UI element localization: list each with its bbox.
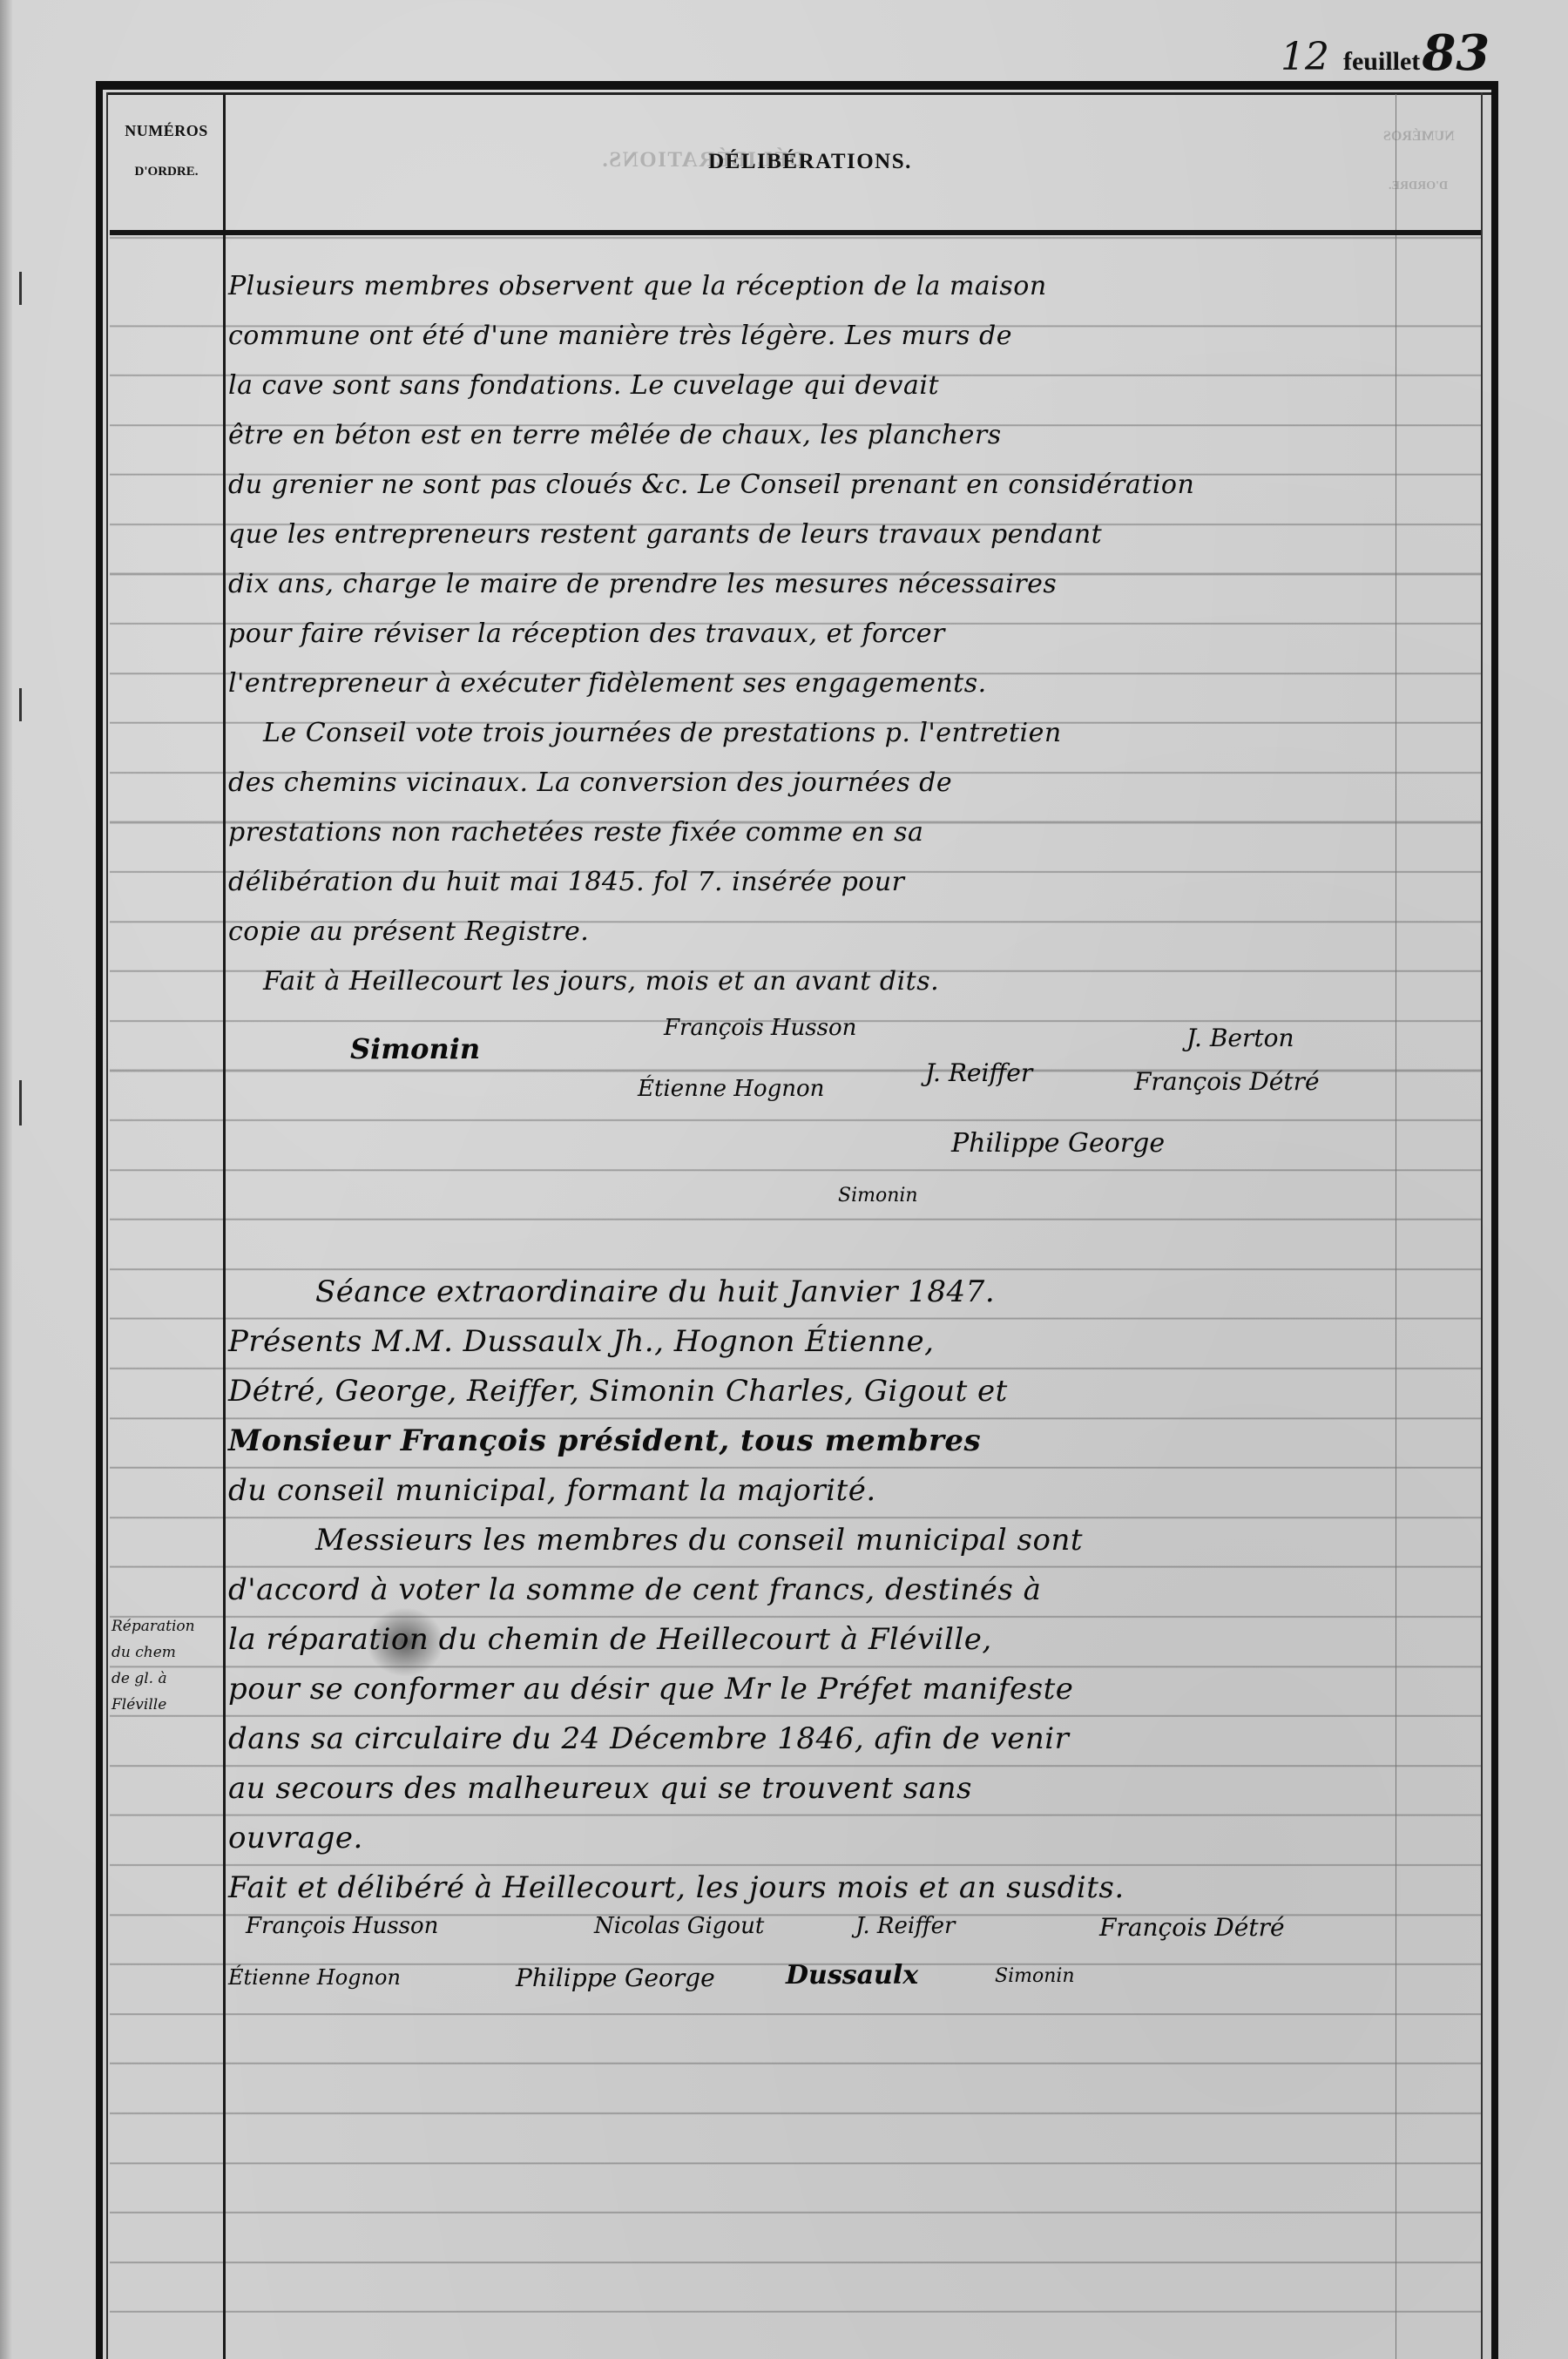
text-line: Le Conseil vote trois journées de presta… (228, 708, 1483, 758)
text-line: l'entrepreneur à exécuter fidèlement ses… (228, 659, 1483, 708)
number-header-line2: D'ORDRE. (110, 164, 223, 179)
text-line: Détré, George, Reiffer, Simonin Charles,… (228, 1367, 1483, 1416)
text-line: Présents M.M. Dussaulx Jh., Hognon Étien… (228, 1317, 1483, 1367)
text-line: commune ont été d'une manière très légèr… (228, 311, 1483, 361)
signature: J. Berton (1186, 1024, 1294, 1052)
signature: François Husson (246, 1913, 438, 1939)
text-line: Monsieur Franҫois président, tous membre… (228, 1416, 1483, 1466)
margin-note-line: Réparation (112, 1613, 225, 1639)
text-line: Fait à Heillecourt les jours, mois et an… (228, 956, 1483, 1006)
signature: François Détré (1099, 1913, 1285, 1942)
signature: Philippe George (516, 1964, 715, 1992)
binding-mark (19, 688, 22, 721)
text-line: Fait et délibéré à Heillecourt, les jour… (228, 1863, 1483, 1913)
number-column-header: NUMÉROS D'ORDRE. (110, 122, 223, 179)
frame-border-left-inner (106, 92, 108, 2359)
text-line: Messieurs les membres du conseil municip… (228, 1516, 1483, 1565)
text-line: délibération du huit mai 1845. fol 7. in… (228, 857, 1483, 907)
frame-border-left (96, 81, 103, 2359)
margin-note-line: du chem (112, 1639, 225, 1666)
signature: Simonin (995, 1965, 1075, 1987)
margin-note-line: Fléville (112, 1692, 225, 1718)
folio-page-number: 12 (1281, 35, 1329, 79)
signature: Étienne Hognon (228, 1965, 401, 1990)
page-binding-edge (0, 0, 12, 2359)
signature: Dussaulx (786, 1960, 918, 1991)
number-column-divider (223, 94, 226, 2359)
ink-blot (366, 1607, 444, 1677)
text-line: être en béton est en terre mêlée de chau… (228, 410, 1483, 460)
folio-mark: 83 (1422, 24, 1490, 82)
text-line: du conseil municipal, formant la majorit… (228, 1466, 1483, 1516)
text-line: dix ans, charge le maire de prendre les … (228, 559, 1483, 609)
signatures-block-1: Simonin François Husson Étienne Hognon J… (228, 1006, 1483, 1267)
text-line: des chemins vicinaux. La conversion des … (228, 758, 1483, 808)
bleed-through-dordre: D'ORDRE. (1389, 179, 1448, 193)
text-line: pour faire réviser la réception des trav… (228, 609, 1483, 659)
header-rule (110, 230, 1481, 235)
binding-mark (19, 272, 22, 305)
frame-border-top-inner (106, 92, 1491, 95)
signature: François Husson (664, 1015, 856, 1041)
number-header-line1: NUMÉROS (110, 122, 223, 141)
text-line: Plusieurs membres observent que la récep… (228, 261, 1483, 311)
text-line: la cave sont sans fondations. Le cuvelag… (228, 361, 1483, 410)
signature: J. Reiffer (855, 1913, 955, 1939)
folio-number: 12feuillet83 (1281, 24, 1490, 82)
margin-note: Réparation du chem de gl. à Fléville (112, 1613, 225, 1718)
text-line: que les entrepreneurs restent garants de… (228, 510, 1483, 559)
text-line: dans sa circulaire du 24 Décembre 1846, … (228, 1714, 1483, 1764)
frame-border-right (1491, 81, 1498, 2359)
frame-border-top (96, 81, 1498, 90)
bleed-through-numeros: NUMÉROS (1383, 129, 1455, 145)
text-line: ouvrage. (228, 1814, 1483, 1863)
deliberations-text: Plusieurs membres observent que la récep… (228, 261, 1483, 2035)
signature: Simonin (838, 1185, 918, 1207)
signature: Simonin (350, 1032, 480, 1065)
signature: Étienne Hognon (638, 1076, 824, 1102)
text-line: du grenier ne sont pas cloués &c. Le Con… (228, 460, 1483, 510)
signature: J. Reiffer (925, 1058, 1032, 1087)
margin-note-line: de gl. à (112, 1666, 225, 1692)
text-line: copie au présent Registre. (228, 907, 1483, 956)
signature: Philippe George (951, 1128, 1165, 1159)
text-line: au secours des malheureux qui se trouven… (228, 1764, 1483, 1814)
text-line: prestations non rachetées reste fixée co… (228, 808, 1483, 857)
session-heading: Séance extraordinaire du huit Janvier 18… (228, 1267, 1483, 1317)
folio-label: feuillet (1343, 47, 1420, 76)
signatures-block-2: François Husson Nicolas Gigout J. Reiffe… (228, 1913, 1483, 2035)
binding-mark (19, 1080, 22, 1125)
signature: François Détré (1134, 1067, 1320, 1096)
signature: Nicolas Gigout (594, 1913, 764, 1939)
page-title: DÉLIBÉRATIONS. (225, 150, 1396, 174)
